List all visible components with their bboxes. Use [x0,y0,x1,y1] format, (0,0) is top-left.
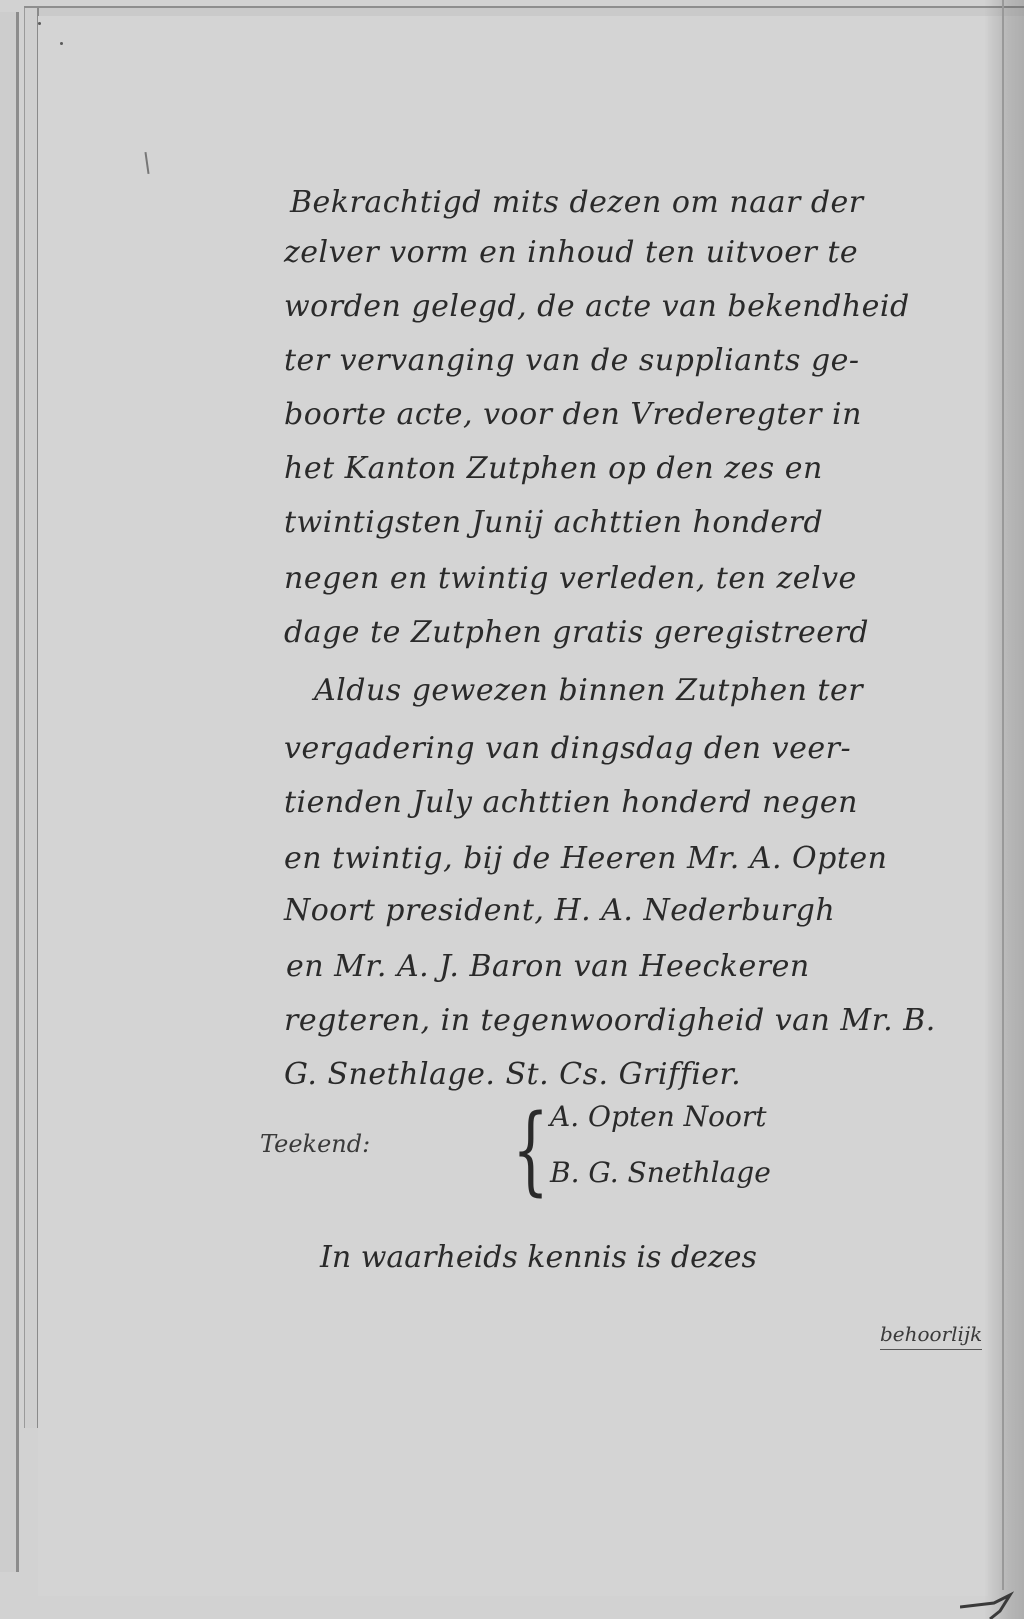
text-line: Bekrachtigd mits dezen om naar der [290,178,864,228]
brace-glyph: { [512,1100,549,1200]
signature-snethlage: B. G. Snethlage [550,1156,771,1189]
signature-block: Teekend: { A. Opten Noort B. G. Snethlag… [260,1100,820,1220]
binding-edge-outer [0,12,19,1572]
paper-speck [38,22,41,25]
signed-annotation: Teekend: [260,1130,370,1158]
document-scan: Bekrachtigd mits dezen om naar der zelve… [0,0,1024,1619]
binding-edge-inner [24,8,39,1428]
text-line: negen en twintig verleden, ten zelve [284,554,857,604]
text-line: twintigsten Junij achttien honderd [284,498,823,548]
signature-opten-noort: A. Opten Noort [550,1100,767,1133]
text-line: ter vervanging van de suppliants ge- [284,336,860,386]
text-line: het Kanton Zutphen op den zes en [284,444,823,494]
page-top-edge [24,6,1024,16]
text-line: Aldus gewezen binnen Zutphen ter [314,666,863,716]
text-line: zelver vorm en inhoud ten uitvoer te [284,228,858,278]
text-line: tienden July achttien honderd negen [284,778,858,828]
closing-statement: In waarheids kennis is dezes [320,1240,757,1275]
text-line: regteren, in tegenwoordigheid van Mr. B. [284,996,936,1046]
catchword: behoorlijk [880,1322,982,1350]
text-line: worden gelegd, de acte van bekendheid [284,282,910,332]
text-line: boorte acte, voor den Vrederegter in [284,390,862,440]
text-line: vergadering van dingsdag den veer- [284,724,851,774]
page-shadow [984,0,1024,1619]
text-line: en twintig, bij de Heeren Mr. A. Opten [284,834,887,884]
paper-speck [60,42,63,45]
page-corner-tear [960,1585,1024,1619]
text-line: G. Snethlage. St. Cs. Griffier. [284,1050,741,1100]
text-line: Noort president, H. A. Nederburgh [284,886,835,936]
text-line: en Mr. A. J. Baron van Heeckeren [286,942,810,992]
text-line: dage te Zutphen gratis geregistreerd [284,608,869,658]
